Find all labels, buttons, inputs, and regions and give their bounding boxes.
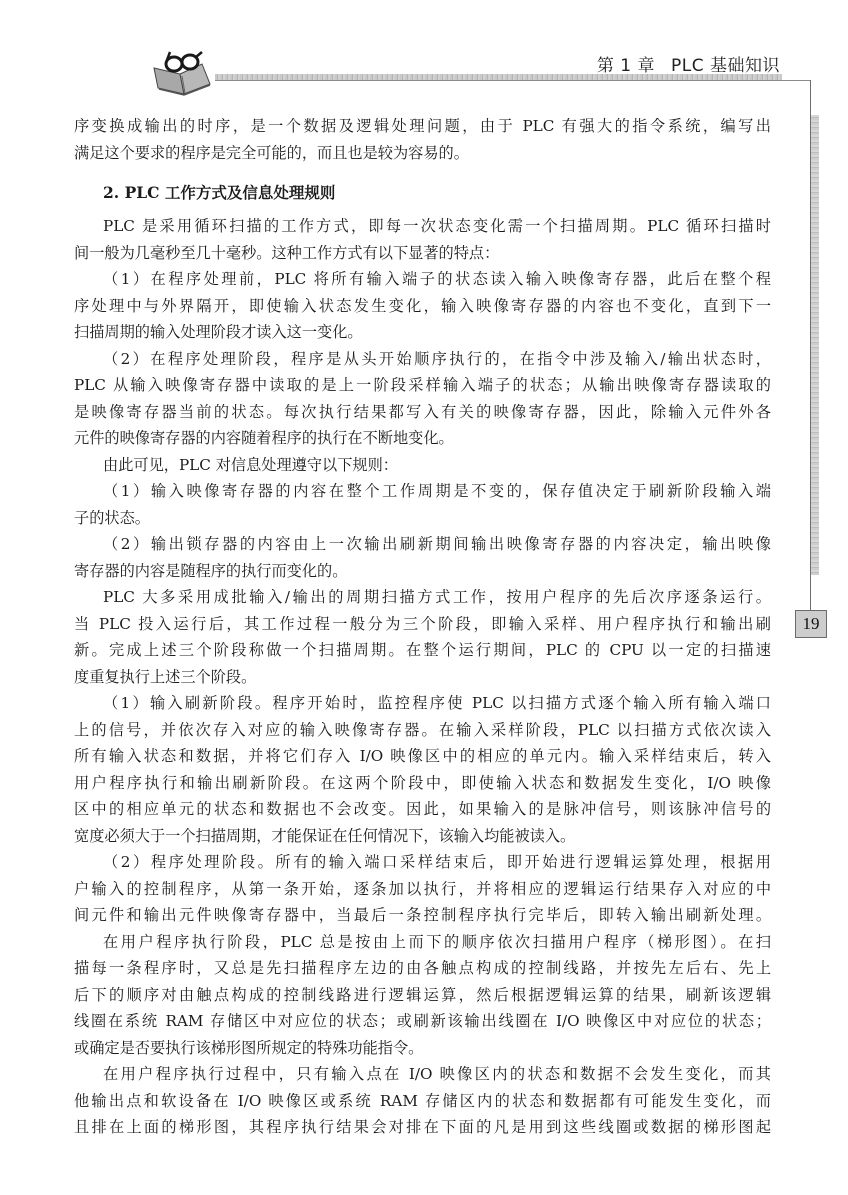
paragraph-line: 他输出点和软设备在 I/O 映像区或系统 RAM 存储区内的状态和数据都有可能发… [74, 1088, 771, 1114]
paragraph-line: 线圈在系统 RAM 存储区中对应位的状态；或刷新该输出线圈在 I/O 映像区中对… [74, 1008, 771, 1034]
paragraph-line: 用户程序执行和输出刷新阶段。在这两个阶段中，即使输入状态和数据发生变化，I/O … [74, 770, 771, 796]
margin-gray-bar [811, 115, 819, 575]
page-number: 19 [795, 610, 827, 638]
paragraph-line: 序处理中与外界隔开，即使输入状态发生变化，输入映像寄存器的内容也不变化，直到下一 [74, 293, 771, 319]
paragraph-line: 上的信号，并依次存入对应的输入映像寄存器。在输入采样阶段，PLC 以扫描方式依次… [74, 717, 771, 743]
paragraph-line: 序变换成输出的时序，是一个数据及逻辑处理问题，由于 PLC 有强大的指令系统，编… [74, 113, 771, 139]
running-header: 第 1 章PLC 基础知识 [597, 51, 780, 76]
paragraph-first-line: （2）在程序处理阶段，程序是从头开始顺序执行的，在指令中涉及输入/输出状态时， [74, 346, 771, 372]
paragraph-first-line: （2）程序处理阶段。所有的输入端口采样结束后，即开始进行逻辑运算处理，根据用 [74, 849, 771, 875]
paragraph-line: 元件的映像寄存器的内容随着程序的执行在不断地变化。 [74, 425, 771, 451]
paragraph-first-line: （1）在程序处理前，PLC 将所有输入端子的状态读入输入映像寄存器，此后在整个程 [74, 266, 771, 292]
paragraph-first-line: 在用户程序执行过程中，只有输入点在 I/O 映像区内的状态和数据不会发生变化，而… [74, 1061, 771, 1087]
paragraph-line: 且排在上面的梯形图，其程序执行结果会对排在下面的凡是用到这些线圈或数据的梯形图起 [74, 1114, 771, 1140]
book-with-glasses-icon [150, 50, 214, 96]
paragraph-line: 或确定是否要执行该梯形图所规定的特殊功能指令。 [74, 1035, 771, 1061]
paragraph-line: 新。完成上述三个阶段称做一个扫描周期。在整个运行期间，PLC 的 CPU 以一定… [74, 637, 771, 663]
paragraph-line: 描每一条程序时，又总是先扫描程序左边的由各触点构成的控制线路，并按先左后右、先上 [74, 955, 771, 981]
chapter-title: PLC 基础知识 [671, 56, 780, 76]
paragraph-line: 是映像寄存器当前的状态。每次执行结果都写入有关的映像寄存器，因此，除输入元件外各 [74, 399, 771, 425]
chapter-label: 第 1 章 [597, 56, 655, 76]
paragraph-line: PLC 从输入映像寄存器中读取的是上一阶段采样输入端子的状态；从输出映像寄存器读… [74, 372, 771, 398]
paragraph-line: 宽度必须大于一个扫描周期，才能保证在任何情况下，该输入均能被读入。 [74, 823, 771, 849]
paragraph-line: 度重复执行上述三个阶段。 [74, 664, 771, 690]
paragraph-first-line: （1）输入刷新阶段。程序开始时，监控程序使 PLC 以扫描方式逐个输入所有输入端… [74, 690, 771, 716]
paragraph-line: 间一般为几毫秒至几十毫秒。这种工作方式有以下显著的特点： [74, 240, 771, 266]
paragraph-line: 后下的顺序对由触点构成的控制线路进行逻辑运算，然后根据逻辑运算的结果，刷新该逻辑 [74, 982, 771, 1008]
paragraph-first-line: 由此可见，PLC 对信息处理遵守以下规则： [74, 452, 771, 478]
header-rule-line [215, 80, 810, 81]
section-heading: 2. PLC 工作方式及信息处理规则 [103, 180, 335, 206]
paragraph-line: 户输入的控制程序，从第一条开始，逐条加以执行，并将相应的逻辑运行结果存入对应的中 [74, 876, 771, 902]
paragraph-line: 寄存器的内容是随程序的执行而变化的。 [74, 558, 771, 584]
paragraph-line: 子的状态。 [74, 505, 771, 531]
paragraph-line: 间元件和输出元件映像寄存器中，当最后一条控制程序执行完毕后，即转入输出刷新处理。 [74, 902, 771, 928]
paragraph-line: 区中的相应单元的状态和数据也不会改变。因此，如果输入的是脉冲信号，则该脉冲信号的 [74, 796, 771, 822]
paragraph-first-line: （1）输入映像寄存器的内容在整个工作周期是不变的，保存值决定于刷新阶段输入端 [74, 478, 771, 504]
paragraph-first-line: PLC 是采用循环扫描的工作方式，即每一次状态变化需一个扫描周期。PLC 循环扫… [74, 213, 771, 239]
paragraph-line: 当 PLC 投入运行后，其工作过程一般分为三个阶段，即输入采样、用户程序执行和输… [74, 611, 771, 637]
paragraph-first-line: 在用户程序执行阶段，PLC 总是按由上而下的顺序依次扫描用户程序（梯形图）。在扫 [74, 929, 771, 955]
paragraph-first-line: （2）输出锁存器的内容由上一次输出刷新期间输出映像寄存器的内容决定，输出映像 [74, 531, 771, 557]
paragraph-first-line: PLC 大多采用成批输入/输出的周期扫描方式工作，按用户程序的先后次序逐条运行。 [74, 584, 771, 610]
paragraph-line: 扫描周期的输入处理阶段才读入这一变化。 [74, 319, 771, 345]
paragraph-line: 满足这个要求的程序是完全可能的，而且也是较为容易的。 [74, 140, 771, 166]
paragraph-line: 所有输入状态和数据，并将它们存入 I/O 映像区中的相应的单元内。输入采样结束后… [74, 743, 771, 769]
